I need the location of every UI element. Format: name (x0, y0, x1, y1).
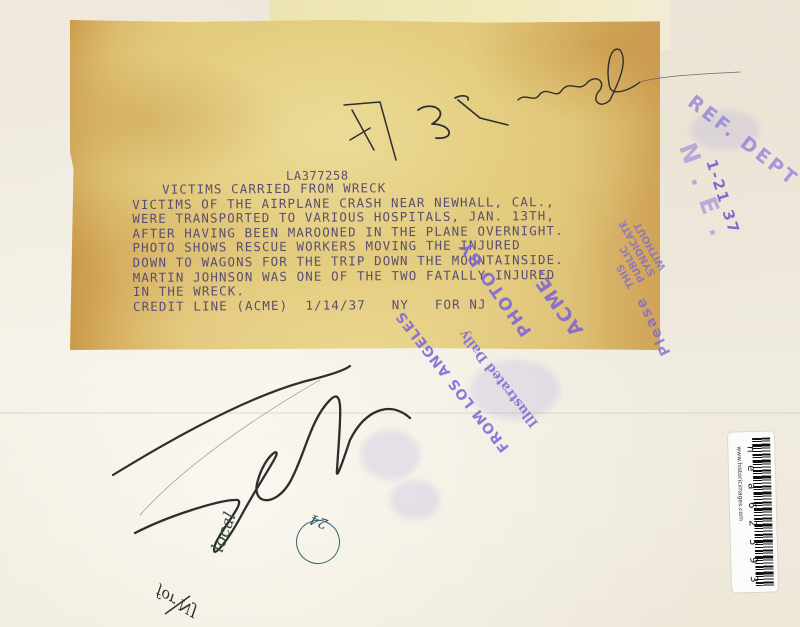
paper-fold-line (0, 412, 800, 414)
ink-smudge (390, 480, 440, 520)
barcode-digit: e (740, 463, 759, 473)
barcode-digits: n e a 6 2 5 9 3 (744, 440, 758, 588)
barcode-digit: n (740, 444, 759, 454)
ink-smudge (360, 430, 420, 480)
caption-text: LA377258VICTIMS CARRIED FROM WRECKVICTIM… (132, 168, 653, 314)
barcode-digit: 3 (743, 574, 762, 584)
barcode-url: www.historicimages.com (735, 446, 744, 521)
barcode-digit: 2 (742, 518, 761, 528)
barcode-digit: 6 (741, 500, 760, 510)
barcode-digit: 9 (743, 555, 762, 565)
barcode-digit: 5 (742, 537, 761, 547)
barcode-sticker: n e a 6 2 5 9 3 www.historicimages.com (728, 431, 778, 592)
barcode-digit: a (741, 481, 760, 491)
